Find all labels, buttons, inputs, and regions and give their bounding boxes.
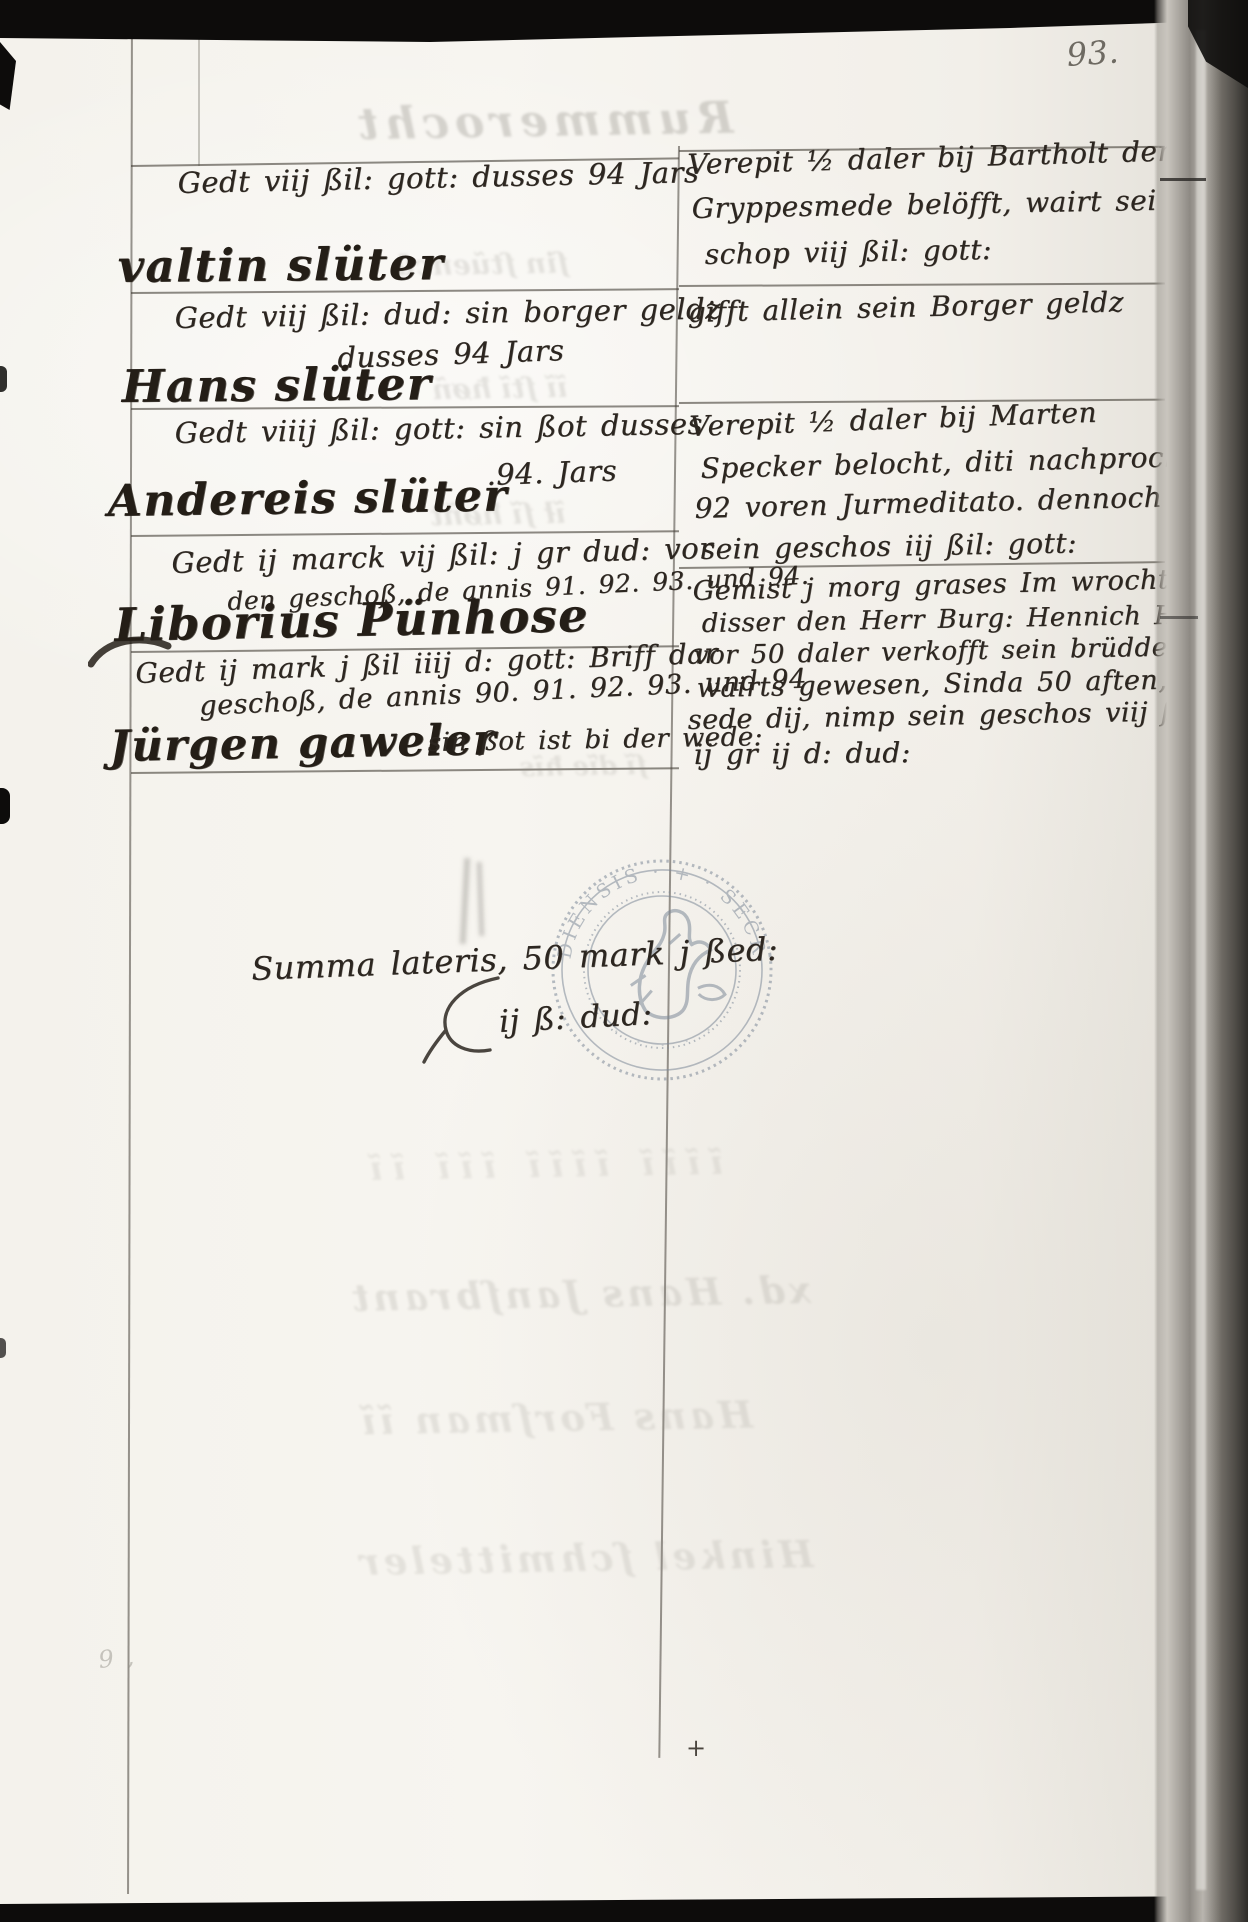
entry1-left-line1: Gedt viij ßil: gott: dusses 94 Jars — [177, 155, 699, 200]
entry1-right-line3: schop viij ßil: gott: — [704, 233, 992, 271]
bleedthrough-lower: ĩĩĩĩ ĩĩĩĩ ĩĩĩ ĩĩ — [360, 1143, 724, 1189]
bleedthrough-echo: ĩĩ ſtĩ ħøñ — [432, 371, 568, 406]
entry3-heading-hans-sluter: Hans slüter — [122, 357, 433, 413]
entry6-note: sin ßot ist bi der wede: — [427, 722, 763, 758]
manuscript-page: 93. Rummerocht ſin ſtũencū ĩĩ ſtĩ ħøñ ĩł… — [0, 0, 1248, 1922]
entry4-heading-andereis-sluter: Andereis slüter — [107, 470, 508, 527]
entry2-left-line1: Gedt viij ßil: dud: sin borger geldz — [174, 291, 721, 335]
corner-pencil-mark: 9 , — [97, 1642, 136, 1674]
entry2-right-line1: gifft allein sein Borger geldz — [687, 285, 1124, 329]
binding-dash — [1160, 616, 1198, 619]
scan-edge-top — [0, 0, 1248, 46]
binding-highlight — [1196, 30, 1206, 1890]
entry5-heading-liborius-punhose: Liborius Pünhose — [114, 588, 590, 652]
entry1-right-line1: Verepit ½ daler bij Bartholt den — [687, 134, 1176, 181]
bleedthrough-lower: Hans Forſman ĩĩ — [358, 1393, 754, 1444]
bleedthrough-lower: Hinkel ſchmitteler — [356, 1532, 814, 1584]
ink-smudge — [477, 862, 485, 936]
entry3-right-line3: 92 voren Jurmeditato. dennoch — [694, 481, 1162, 525]
scan-edge-bottom — [0, 1894, 1248, 1922]
center-line-end-tick: + — [686, 1734, 707, 1762]
entry1-right-line2: Gryppesmede belöfft, wairt sei ge, — [691, 183, 1215, 225]
bleedthrough-title: Rummerocht — [352, 93, 734, 151]
entry3-left-line1: Gedt viiij ßil: gott: sin ßot dusses — [174, 407, 703, 450]
scan-edge-left-nub — [0, 788, 10, 824]
ink-smudge — [460, 858, 470, 944]
summa-brace-flourish — [420, 972, 506, 1064]
scan-edge-left-wedge — [0, 42, 16, 110]
scan-edge-left-nub — [0, 366, 7, 392]
page-number: 93. — [1065, 32, 1120, 74]
entry3-right-line2: Specker belocht, diti nachproch — [700, 440, 1183, 485]
entry3-right-line4: sein geschos iij ßil: gott: — [700, 526, 1077, 566]
bleedthrough-lower: xd. Hans Janſbrant — [348, 1268, 812, 1320]
binding-dash — [1160, 178, 1206, 181]
scan-edge-left-nub — [0, 1338, 6, 1358]
entry2-heading-valtin-sluter: valtin slüter — [118, 237, 445, 293]
